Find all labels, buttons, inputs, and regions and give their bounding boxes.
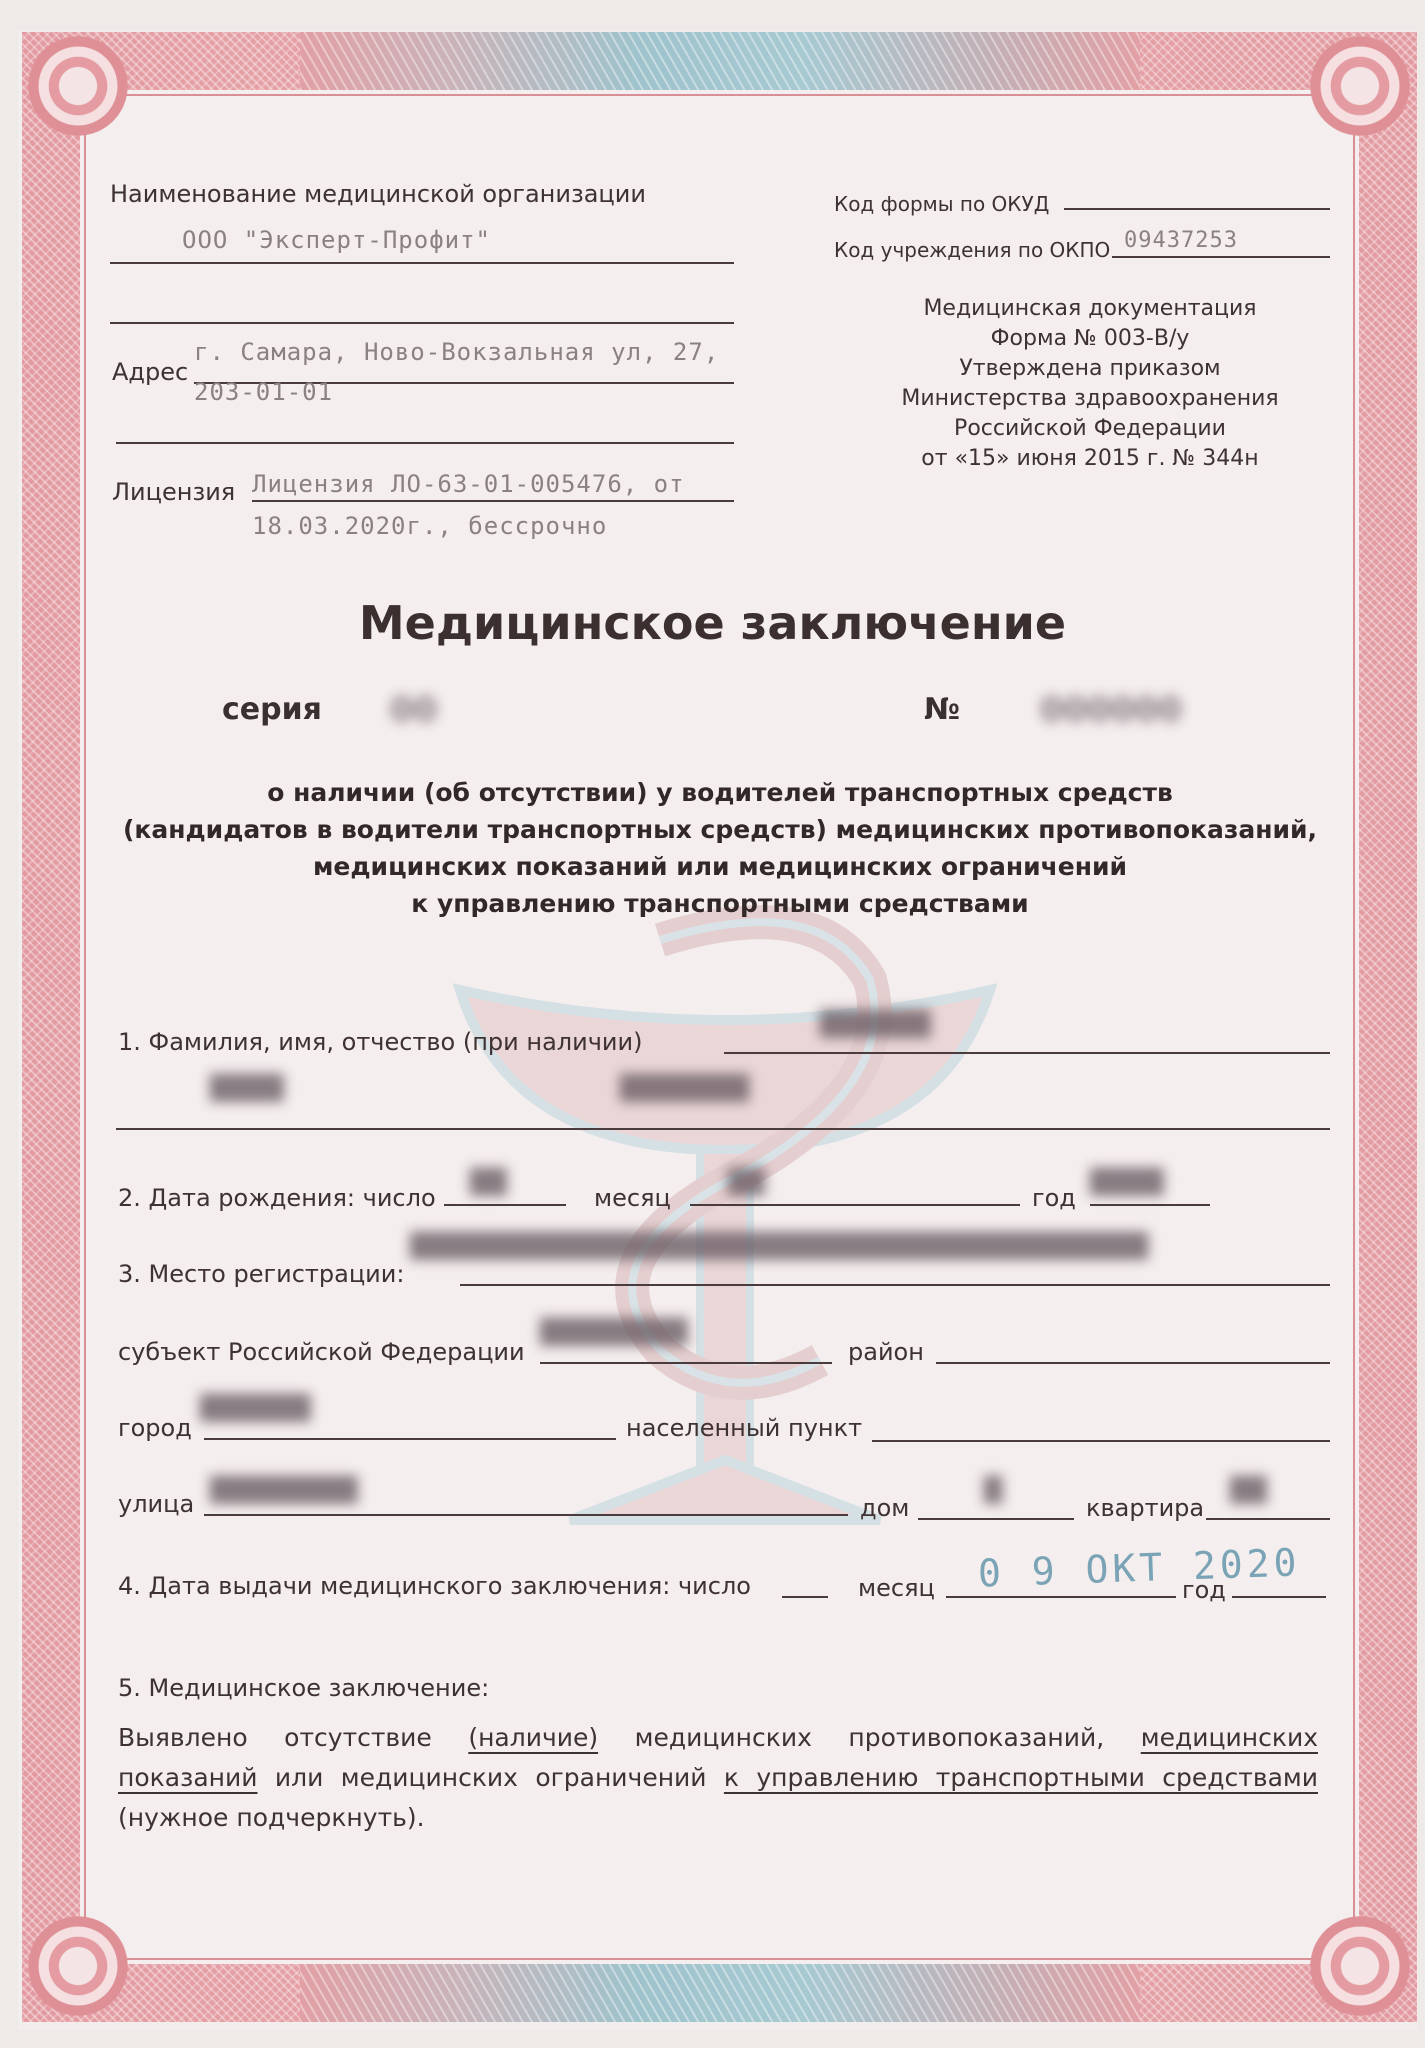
- conclusion-part: Выявлено отсутствие: [118, 1723, 468, 1752]
- okud-label: Код формы по ОКУД: [834, 192, 1049, 216]
- conclusion-text: Выявлено отсутствие (наличие) медицински…: [118, 1718, 1318, 1838]
- registration-label: 3. Место регистрации:: [118, 1260, 404, 1288]
- number-value: 000000: [1040, 690, 1182, 730]
- birth-year-label: год: [1032, 1184, 1076, 1212]
- district-line: [936, 1362, 1330, 1364]
- issue-date-label: 4. Дата выдачи медицинского заключения: …: [118, 1572, 751, 1600]
- birth-year-value: ████: [1090, 1168, 1164, 1196]
- subtitle-line: о наличии (об отсутствии) у водителей тр…: [100, 774, 1340, 811]
- birth-day-value: ██: [470, 1168, 507, 1196]
- document-title: Медицинское заключение: [0, 596, 1425, 650]
- okud-line: [1064, 208, 1330, 210]
- conclusion-part-underlined: (наличие): [468, 1723, 598, 1752]
- organization-label: Наименование медицинской организации: [110, 180, 646, 208]
- address-label: Адрес: [112, 358, 188, 386]
- address-value-line1: г. Самара, Ново-Вокзальная ул, 27,: [194, 338, 719, 366]
- birth-year-line: [1090, 1204, 1210, 1206]
- full-name-value-part: ███████: [620, 1074, 749, 1102]
- subtitle-line: (кандидатов в водители транспортных сред…: [100, 811, 1340, 848]
- apartment-value: ██: [1230, 1476, 1267, 1504]
- organization-value: ООО "Эксперт-Профит": [182, 226, 491, 254]
- conclusion-part-underlined: к управлению транспортными средствами: [724, 1763, 1318, 1792]
- document-subtitle: о наличии (об отсутствии) у водителей тр…: [100, 774, 1340, 922]
- birth-day-line: [444, 1204, 566, 1206]
- address-value-line2: 203-01-01: [194, 378, 333, 406]
- house-label: дом: [860, 1494, 909, 1522]
- organization-line-2: [110, 322, 734, 324]
- registration-line: [460, 1284, 1330, 1286]
- birth-month-value: ██: [728, 1168, 765, 1196]
- form-info-line: Российской Федерации: [820, 414, 1360, 444]
- district-label: район: [848, 1338, 924, 1366]
- organization-line: [110, 262, 734, 264]
- full-name-value-part: ██████: [820, 1010, 931, 1038]
- street-label: улица: [118, 1490, 194, 1518]
- subtitle-line: медицинских показаний или медицинских ог…: [100, 848, 1340, 885]
- birth-month-label: месяц: [594, 1184, 671, 1212]
- issue-year-line: [1232, 1596, 1326, 1598]
- license-label: Лицензия: [112, 478, 235, 506]
- license-value-line2: 18.03.2020г., бессрочно: [252, 512, 607, 540]
- street-value: ████████: [210, 1476, 358, 1504]
- apartment-line: [1206, 1518, 1330, 1520]
- house-value: █: [984, 1476, 1002, 1504]
- conclusion-part: или медицинских ограничений: [258, 1763, 724, 1792]
- settlement-line: [872, 1440, 1330, 1442]
- issue-month-line: [946, 1596, 1176, 1598]
- full-name-label: 1. Фамилия, имя, отчество (при наличии): [118, 1028, 642, 1056]
- number-label: №: [924, 692, 960, 727]
- street-line: [204, 1514, 848, 1516]
- house-line: [918, 1518, 1074, 1520]
- okpo-line: [1112, 256, 1330, 258]
- address-line-2: [116, 442, 734, 444]
- form-info-line: Медицинская документация: [820, 294, 1360, 324]
- form-info-line: от «15» июня 2015 г. № 344н: [820, 444, 1360, 474]
- settlement-label: населенный пункт: [626, 1414, 862, 1442]
- issue-date-stamp: 0 9 ОКТ 2020: [977, 1540, 1301, 1595]
- form-info-line: Министерства здравоохранения: [820, 384, 1360, 414]
- license-line: [252, 500, 734, 502]
- full-name-line: [724, 1052, 1330, 1054]
- apartment-label: квартира: [1086, 1494, 1204, 1522]
- conclusion-part: медицинских противопоказаний,: [598, 1723, 1141, 1752]
- subject-label: субъект Российской Федерации: [118, 1338, 525, 1366]
- city-value: ██████: [200, 1394, 311, 1422]
- full-name-line-2: [116, 1128, 1330, 1130]
- full-name-value-part: ████: [210, 1074, 284, 1102]
- form-info-block: Медицинская документация Форма № 003-В/у…: [820, 294, 1360, 474]
- form-info-line: Форма № 003-В/у: [820, 324, 1360, 354]
- birth-date-label: 2. Дата рождения: число: [118, 1184, 436, 1212]
- series-value: 00: [390, 690, 437, 730]
- city-line: [204, 1438, 616, 1440]
- city-label: город: [118, 1414, 192, 1442]
- okpo-value: 09437253: [1124, 228, 1238, 253]
- issue-month-label: месяц: [858, 1574, 935, 1602]
- form-info-line: Утверждена приказом: [820, 354, 1360, 384]
- conclusion-heading: 5. Медицинское заключение:: [118, 1674, 489, 1702]
- birth-month-line: [690, 1204, 1020, 1206]
- series-label: серия: [222, 692, 322, 727]
- okpo-label: Код учреждения по ОКПО: [834, 238, 1110, 262]
- license-value-line1: Лицензия ЛО-63-01-005476, от: [252, 470, 685, 498]
- registration-value: ████████████████████████████████████████: [410, 1232, 1148, 1260]
- subtitle-line: к управлению транспортными средствами: [100, 885, 1340, 922]
- conclusion-part: (нужное подчеркнуть).: [118, 1803, 425, 1832]
- subject-line: [540, 1362, 832, 1364]
- issue-day-line: [782, 1596, 828, 1598]
- issue-year-label: год: [1182, 1576, 1226, 1604]
- subject-value: ████████: [540, 1318, 688, 1346]
